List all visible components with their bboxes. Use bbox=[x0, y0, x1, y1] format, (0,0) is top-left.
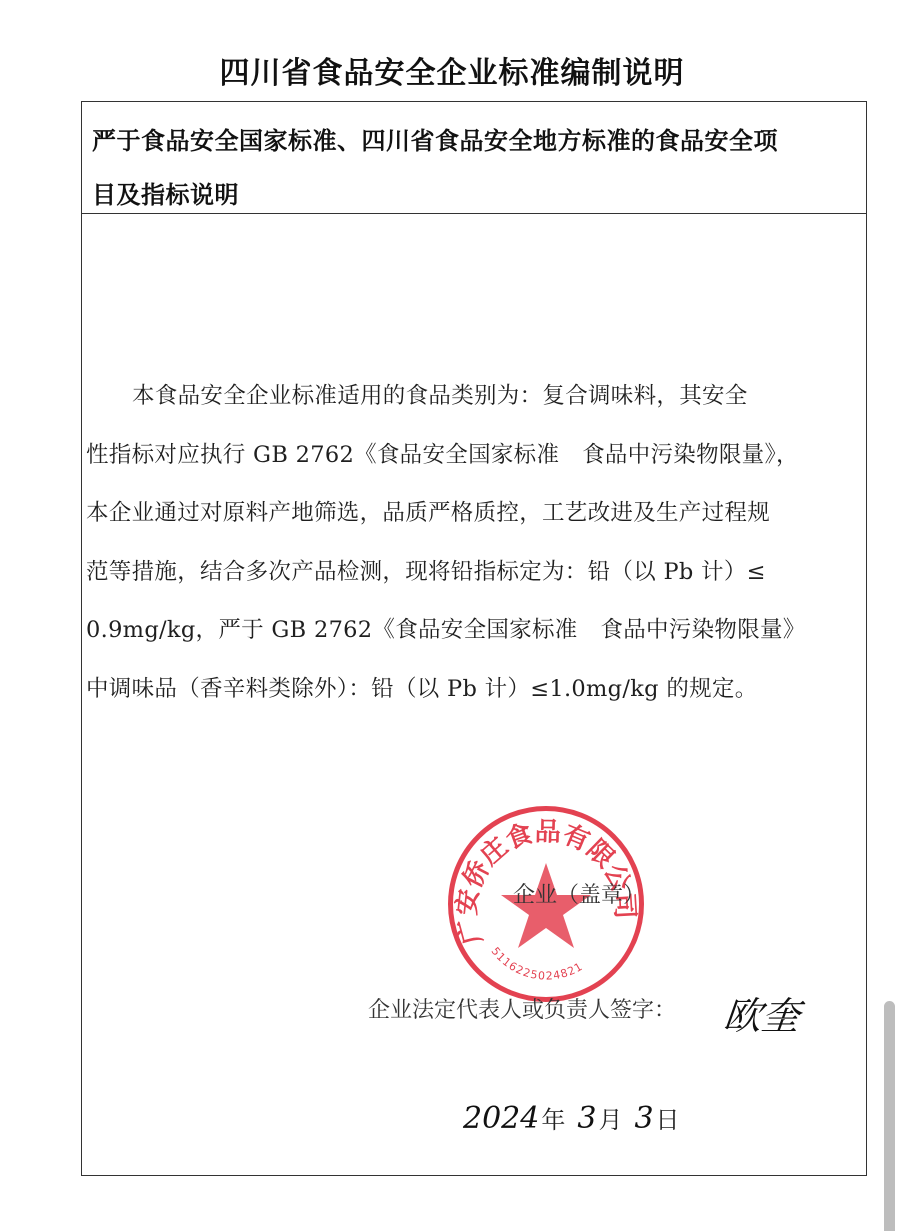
svg-text:5116225024821: 5116225024821 bbox=[489, 945, 586, 983]
section-header-line-1: 严于食品安全国家标准、四川省食品安全地方标准的食品安全项 bbox=[92, 114, 854, 168]
document-title: 四川省食品安全企业标准编制说明 bbox=[0, 48, 904, 92]
handwritten-signature: 欧奎 bbox=[721, 985, 803, 1040]
date-day-unit: 日 bbox=[656, 1106, 680, 1134]
date-month: 3 bbox=[577, 1101, 596, 1136]
stamp-label: 企业（盖章） bbox=[513, 878, 645, 909]
body-line-2: 性指标对应执行 GB 2762《食品安全国家标准 食品中污染物限量》， bbox=[86, 426, 861, 485]
seal-number: 5116225024821 bbox=[489, 945, 586, 983]
body-line-4: 范等措施，结合多次产品检测，现将铅指标定为：铅（以 Pb 计）≤ bbox=[86, 543, 861, 602]
body-line-6: 中调味品（香辛料类除外）：铅（以 Pb 计）≤1.0mg/kg 的规定。 bbox=[86, 660, 861, 719]
signing-date: 2024年3月3日 bbox=[463, 1100, 692, 1136]
vertical-scrollbar[interactable] bbox=[884, 1001, 895, 1231]
body-line-1: 本食品安全企业标准适用的食品类别为：复合调味料，其安全 bbox=[86, 367, 861, 426]
date-day: 3 bbox=[634, 1101, 653, 1136]
body-line-5: 0.9mg/kg，严于 GB 2762《食品安全国家标准 食品中污染物限量》 bbox=[86, 601, 861, 660]
section-header-cell: 严于食品安全国家标准、四川省食品安全地方标准的食品安全项 目及指标说明 bbox=[82, 102, 866, 214]
signature-label: 企业法定代表人或负责人签字： bbox=[368, 993, 676, 1024]
body-paragraph: 本食品安全企业标准适用的食品类别为：复合调味料，其安全 性指标对应执行 GB 2… bbox=[86, 367, 861, 718]
date-year-unit: 年 bbox=[541, 1106, 565, 1134]
date-month-unit: 月 bbox=[598, 1106, 622, 1134]
date-year: 2024 bbox=[463, 1101, 539, 1136]
section-header-line-2: 目及指标说明 bbox=[92, 168, 854, 222]
body-line-3: 本企业通过对原料产地筛选，品质严格质控，工艺改进及生产过程规 bbox=[86, 484, 861, 543]
